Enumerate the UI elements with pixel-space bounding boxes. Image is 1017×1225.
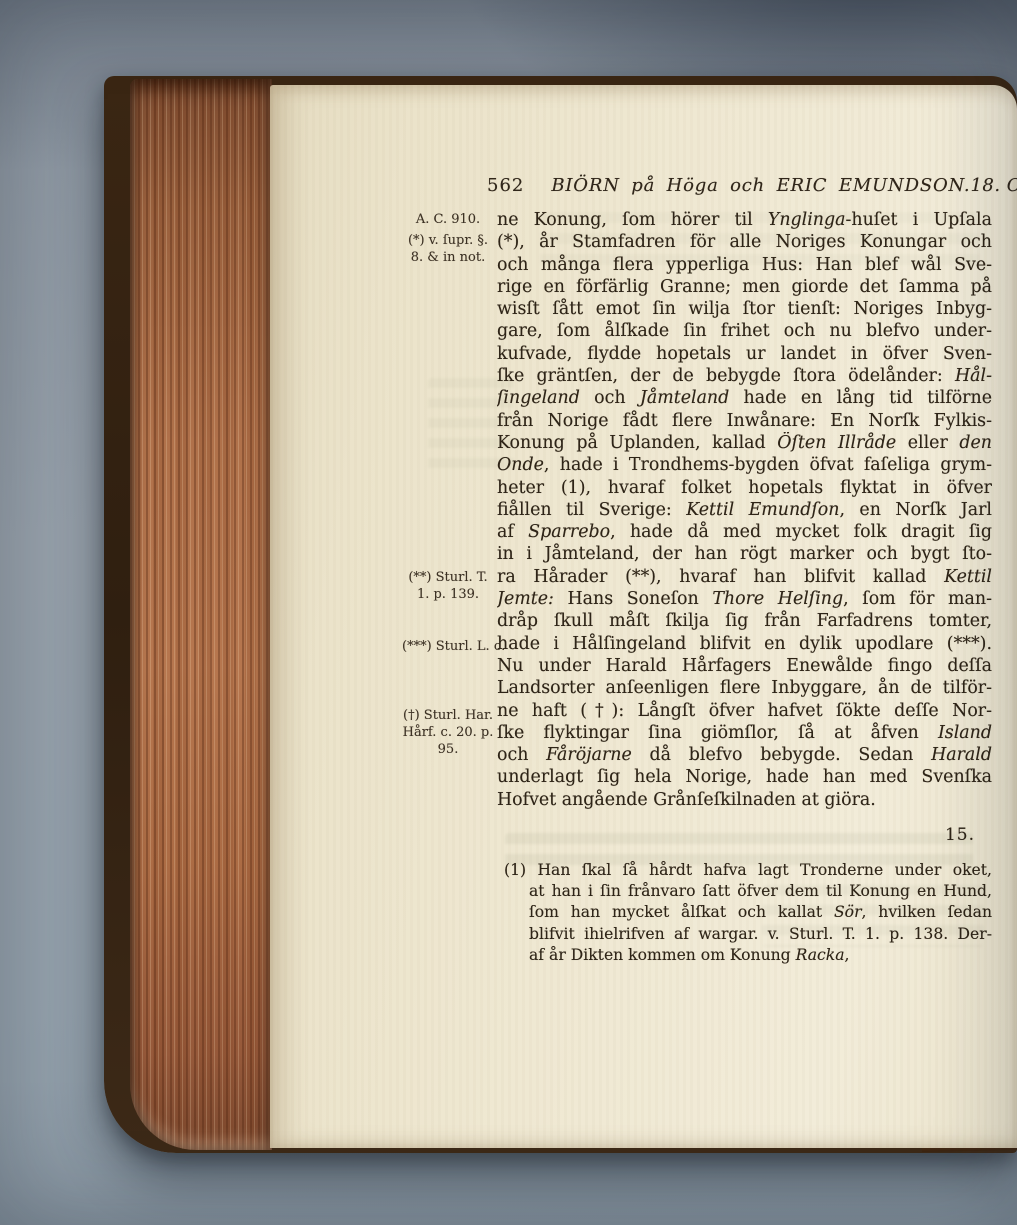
section-number: 15. xyxy=(497,825,975,845)
page-header: 562 BIÖRN på Höga och ERIC EMUNDSON. 18.… xyxy=(487,175,1001,196)
chapter-label: 18. Cap. xyxy=(970,175,1017,196)
margin-note-triple-star: (***) Sturl. L. c. xyxy=(402,639,494,656)
main-text: ne Konung, ſom hörer til Ynglinga-huſet … xyxy=(497,209,992,811)
footnote: (1) Han ſkal ſå hårdt hafva lagt Tronder… xyxy=(529,860,992,966)
margin-note-year: A. C. 910. xyxy=(402,212,494,229)
book-fore-edge xyxy=(130,79,272,1150)
margin-note-star: (*) v. ſupr. §.8. & in not. xyxy=(402,233,494,267)
margin-note-dagger: (†) Sturl. Har.Hårf. c. 20. p.95. xyxy=(402,708,494,758)
page-number: 562 xyxy=(487,175,524,196)
running-title: BIÖRN på Höga och ERIC EMUNDSON. xyxy=(551,175,970,196)
margin-note-double-star: (**) Sturl. T.1. p. 139. xyxy=(402,570,494,604)
